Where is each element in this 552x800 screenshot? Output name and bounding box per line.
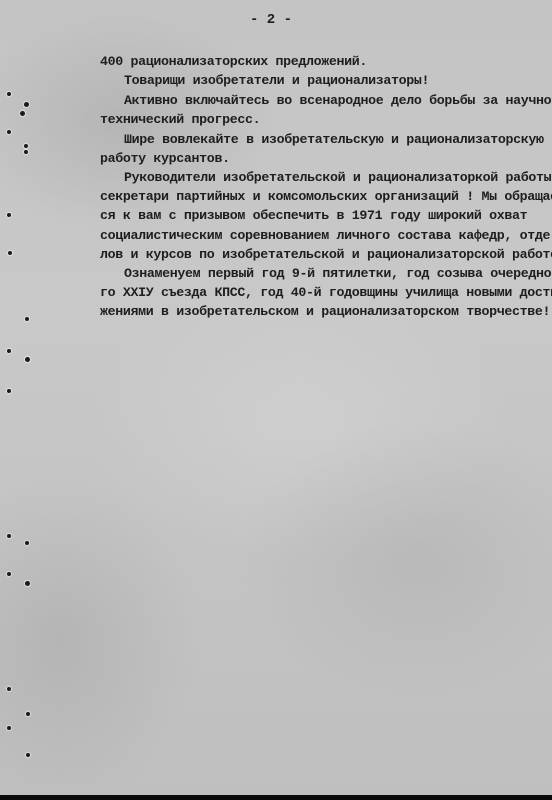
text-line: жениями в изобретательском и рационализа… — [100, 303, 550, 321]
binding-hole-mark — [26, 753, 30, 757]
binding-hole-mark — [24, 150, 28, 154]
text-line: Руководители изобретательской и рационал… — [124, 169, 552, 187]
binding-hole-mark — [20, 111, 25, 116]
text-line: ся к вам с призывом обеспечить в 1971 го… — [100, 207, 527, 225]
binding-hole-mark — [25, 317, 29, 321]
binding-hole-mark — [7, 92, 11, 96]
binding-hole-mark — [25, 581, 30, 586]
document-body: 400 рационализаторских предложений. Това… — [100, 0, 550, 240]
binding-hole-mark — [24, 144, 28, 148]
text-line: Активно включайтесь во всенародное дело … — [124, 92, 552, 110]
text-line: социалистическим соревнованием личного с… — [100, 227, 552, 245]
binding-hole-mark — [25, 541, 29, 545]
binding-hole-mark — [7, 389, 11, 393]
scan-bottom-edge — [0, 795, 552, 800]
text-line: технический прогресс. — [100, 111, 260, 129]
text-line: го XXIУ съезда КПСС, год 40-й годовщины … — [100, 284, 552, 302]
text-line: Шире вовлекайте в изобретательскую и рац… — [124, 131, 544, 149]
text-line: Ознаменуем первый год 9-й пятилетки, год… — [124, 265, 552, 283]
text-line: Товарищи изобретатели и рационализаторы! — [124, 72, 429, 90]
document-page: - 2 - 400 рационализаторских предложений… — [0, 0, 552, 795]
binding-hole-mark — [7, 349, 11, 353]
text-line: 400 рационализаторских предложений. — [100, 53, 367, 71]
binding-hole-mark — [8, 251, 12, 255]
binding-hole-mark — [25, 357, 30, 362]
binding-hole-mark — [24, 102, 29, 107]
binding-hole-mark — [7, 534, 11, 538]
text-line: секретари партийных и комсомольских орга… — [100, 188, 552, 206]
binding-hole-mark — [7, 213, 11, 217]
text-line: работу курсантов. — [100, 150, 230, 168]
binding-hole-mark — [7, 130, 11, 134]
text-line: лов и курсов по изобретательской и рацио… — [100, 246, 552, 264]
binding-hole-mark — [7, 572, 11, 576]
binding-hole-mark — [7, 687, 11, 691]
binding-hole-mark — [7, 726, 11, 730]
binding-hole-mark — [26, 712, 30, 716]
